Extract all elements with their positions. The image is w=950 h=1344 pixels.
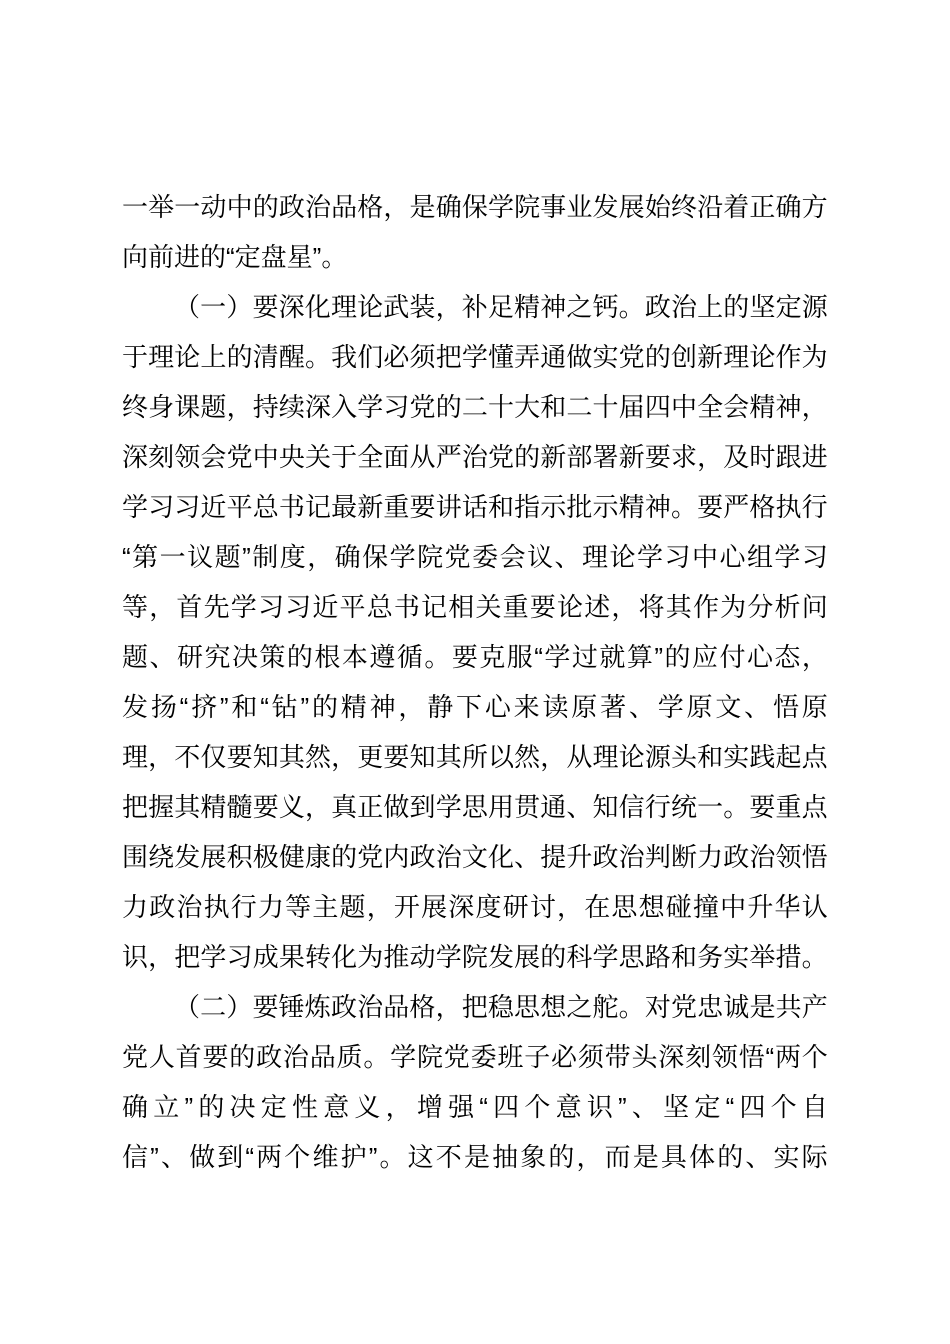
text-line: 深刻领会党中央关于全面从严治党的新部署新要求，及时跟进 bbox=[122, 432, 828, 482]
text-line: “第一议题”制度，确保学院党委会议、理论学习中心组学习 bbox=[122, 532, 828, 582]
text-line: 力政治执行力等主题，开展深度研讨，在思想碰撞中升华认 bbox=[122, 882, 828, 932]
text-line: 学习习近平总书记最新重要讲话和指示批示精神。要严格执行 bbox=[122, 482, 828, 532]
text-line: 信”、做到“两个维护”。这不是抽象的，而是具体的、实际 bbox=[122, 1132, 828, 1182]
text-line: 识，把学习成果转化为推动学院发展的科学思路和务实举措。 bbox=[122, 932, 828, 982]
text-line: 确立”的决定性意义，增强“四个意识”、坚定“四个自 bbox=[122, 1082, 828, 1132]
text-line: 于理论上的清醒。我们必须把学懂弄通做实党的创新理论作为 bbox=[122, 332, 828, 382]
paragraph: 一举一动中的政治品格，是确保学院事业发展始终沿着正确方向前进的“定盘星”。 bbox=[122, 182, 828, 282]
text-line: （一）要深化理论武装，补足精神之钙。政治上的坚定源 bbox=[122, 282, 828, 332]
text-line: 题、研究决策的根本遵循。要克服“学过就算”的应付心态， bbox=[122, 632, 828, 682]
paragraph: （二）要锤炼政治品格，把稳思想之舵。对党忠诚是共产党人首要的政治品质。学院党委班… bbox=[122, 982, 828, 1182]
paragraph: （一）要深化理论武装，补足精神之钙。政治上的坚定源于理论上的清醒。我们必须把学懂… bbox=[122, 282, 828, 982]
text-line: 向前进的“定盘星”。 bbox=[122, 232, 828, 282]
document-page: 一举一动中的政治品格，是确保学院事业发展始终沿着正确方向前进的“定盘星”。（一）… bbox=[0, 0, 950, 1344]
text-line: 一举一动中的政治品格，是确保学院事业发展始终沿着正确方 bbox=[122, 182, 828, 232]
text-line: 党人首要的政治品质。学院党委班子必须带头深刻领悟“两个 bbox=[122, 1032, 828, 1082]
text-line: （二）要锤炼政治品格，把稳思想之舵。对党忠诚是共产 bbox=[122, 982, 828, 1032]
text-line: 围绕发展积极健康的党内政治文化、提升政治判断力政治领悟 bbox=[122, 832, 828, 882]
document-body: 一举一动中的政治品格，是确保学院事业发展始终沿着正确方向前进的“定盘星”。（一）… bbox=[122, 182, 828, 1182]
text-line: 理，不仅要知其然，更要知其所以然，从理论源头和实践起点 bbox=[122, 732, 828, 782]
text-line: 终身课题，持续深入学习党的二十大和二十届四中全会精神， bbox=[122, 382, 828, 432]
text-line: 等，首先学习习近平总书记相关重要论述，将其作为分析问 bbox=[122, 582, 828, 632]
text-line: 发扬“挤”和“钻”的精神，静下心来读原著、学原文、悟原 bbox=[122, 682, 828, 732]
text-line: 把握其精髓要义，真正做到学思用贯通、知信行统一。要重点 bbox=[122, 782, 828, 832]
